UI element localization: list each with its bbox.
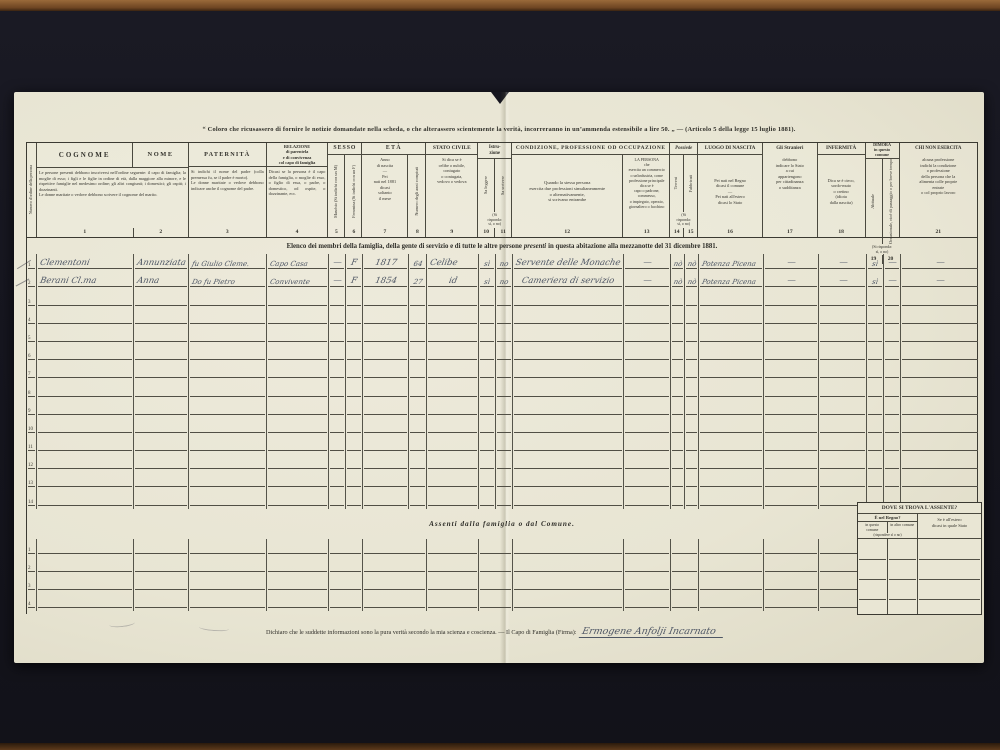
dimora-abituale-entry: sì [871, 260, 879, 268]
col-17-number: 17 [763, 228, 817, 237]
istruzione-note: (Si risponda: sì, o no) [478, 212, 511, 228]
col-stato-title: STATO CIVILE [426, 143, 477, 155]
names-description: Le persone presenti debbono inscriversi … [37, 168, 188, 228]
col-sesso-title: SESSO [328, 143, 361, 155]
sesso-m-entry: — [332, 276, 342, 286]
cognome-entry: Berani Cl.ma [39, 276, 97, 286]
photo-of-census-sheet: “ Coloro che ricusassero di fornire le n… [0, 0, 1000, 750]
anno-nascita-entry: 1817 [374, 258, 398, 268]
assenti-table-row: 1 [27, 539, 867, 557]
table-row: 3 [27, 290, 977, 308]
assenti-table-row: 4 [27, 593, 867, 611]
col-7-number: 7 [362, 228, 407, 237]
col-6-number: 6 [345, 228, 362, 237]
anno-nascita-entry: 1854 [374, 276, 398, 286]
elenco-title-presenti: presenti [524, 243, 546, 250]
stato-civile-entry: id [447, 276, 457, 286]
paternita-entry: fu Giulio Cleme. [191, 260, 250, 268]
chi-description: alcuna professione indichi la condizione… [900, 155, 977, 228]
col-istruzione-title: Istru- zione [478, 143, 511, 159]
pencil-scribble [199, 624, 229, 632]
col-infermita-title: INFERMITÀ [818, 143, 865, 155]
col-group-eta: ETÀ Anno di nascita — Pei nati nel 1881 … [362, 143, 426, 237]
eta-anni-label: Numero degli anni compiuti [415, 167, 420, 216]
col-stranieri: Gli Stranieri debbono indicare lo Stato … [763, 143, 818, 237]
stranieri-description: debbono indicare lo Stato a cui apparten… [763, 155, 817, 228]
possiede-note: (Si risponda: sì, o no) [670, 212, 697, 228]
dove-si-trova-box: DOVE SI TROVA L'ASSENTE? È nel Regno? in… [857, 502, 982, 615]
table-row-2: 2 Berani Cl.ma Anna Do fu Pietro Convive… [27, 272, 977, 290]
col-dimora-title: DIMORA in questo comune [866, 143, 899, 159]
luogo-entry: Potenza Picena [701, 278, 757, 286]
sesso-maschio-label: Maschio (Si indichi con un M) [334, 165, 339, 218]
nel-regno-label: È nel Regno? [858, 514, 917, 522]
condizione-12-description: Quando la stessa persona esercita due pr… [512, 155, 622, 228]
col-15-number: 15 [684, 228, 697, 237]
dimora-abituale-label: Abituale [871, 194, 876, 209]
col-3-number: 3 [189, 228, 266, 237]
col-group-dimora: DIMORA in questo comune Abituale Occasio… [866, 143, 900, 237]
sa-scrivere-label: Sa scrivere [501, 176, 506, 195]
col-9-number: 9 [426, 228, 477, 237]
dimora-occasionale-label: Occasionale, cioè di passaggio o per bre… [889, 159, 894, 244]
col-14-number: 14 [670, 228, 684, 237]
wooden-table-edge-bottom [0, 743, 1000, 750]
cognome-entry: Clementoni [39, 258, 91, 268]
col-index: Numero d'ordine della persona [27, 143, 37, 237]
wooden-table-edge-top [0, 0, 1000, 11]
col-group-names: COGNOME NOME Le persone presenti debbono… [37, 143, 189, 237]
col-infermita: INFERMITÀ Dica se è cieco, sordo-muto o … [818, 143, 866, 237]
in-altro-comune-label: in altro comune [888, 522, 918, 533]
sesso-f-entry: F [350, 276, 358, 286]
col-paternita-title: PATERNITÀ [189, 143, 266, 167]
col-luogo-nascita: LUOGO DI NASCITA Pei nati nel Regno dica… [698, 143, 763, 237]
col-luogo-title: LUOGO DI NASCITA [698, 143, 762, 155]
dove-box-title: DOVE SI TROVA L'ASSENTE? [858, 503, 981, 514]
fabbricati-entry: nò [686, 260, 696, 268]
col-chi-title: CHI NON ESERCITA [900, 143, 977, 155]
terreni-entry: nò [672, 278, 682, 286]
nel-regno-group: È nel Regno? in questo comune in altro c… [858, 514, 918, 538]
assenti-table-body: 1 2 3 [27, 539, 977, 611]
col-1-number: 1 [37, 228, 134, 237]
nome-entry: Anna [136, 276, 160, 286]
table-header: Numero d'ordine della persona COGNOME NO… [27, 142, 977, 238]
persona-entry: — [642, 258, 652, 268]
elenco-title-post: in questa abitazione alla mezzanotte del… [548, 243, 717, 250]
sa-scrivere-entry: no [499, 260, 509, 268]
sa-leggere-entry: sì [483, 278, 491, 286]
fabbricati-entry: nò [686, 278, 696, 286]
col-8-number: 8 [408, 228, 426, 237]
table-row: 5 [27, 327, 977, 345]
rispondere-note: (rispondere sì o no) [858, 533, 917, 538]
col-13-number: 13 [623, 228, 670, 237]
eta-anno-label: Anno di nascita — Pei nati nel 1881 dica… [362, 155, 407, 228]
col-chi-non-esercita: CHI NON ESERCITA alcuna professione indi… [900, 143, 977, 237]
sesso-m-entry: — [332, 258, 342, 268]
elenco-title-pre: Elenco dei membri della famiglia, della … [287, 243, 522, 250]
stato-description: Si dica se è celibe o nubile, coniugato … [426, 155, 477, 228]
col-4-number: 4 [267, 228, 328, 237]
dove-box-entry-area [858, 539, 981, 614]
col-18-number: 18 [818, 228, 865, 237]
dimora-occasionale-entry: — [887, 276, 897, 286]
col-group-sesso: SESSO Maschio (Si indichi con un M) 5 Fe… [328, 143, 362, 237]
table-row: 9 [27, 400, 977, 418]
col-5-number: 5 [328, 228, 344, 237]
declaration-text: Dichiaro che le suddette informazioni so… [266, 629, 576, 636]
col-condizione-title: CONDIZIONE, PROFESSIONE OD OCCUPAZIONE [512, 143, 669, 155]
luogo-description: Pei nati nel Regno dicasi il comune — Pe… [698, 155, 762, 228]
estero-label: Se è all'estero dicasi in quale Stato [918, 514, 981, 538]
anni-entry: 27 [412, 278, 423, 286]
relazione-description: Dicasi se la persona è il capo della fam… [267, 167, 328, 228]
sa-scrivere-entry: no [499, 278, 509, 286]
infermita-description: Dica se è cieco, sordo-muto o cretino (i… [818, 155, 865, 228]
table-row: 12 [27, 454, 977, 472]
persona-entry: — [642, 276, 652, 286]
col-relazione-title: RELAZIONE di parentela e di convivenza c… [267, 143, 328, 167]
luogo-entry: Potenza Picena [701, 260, 757, 268]
index-label: Numero d'ordine della persona [29, 165, 33, 214]
infermita-entry: — [838, 276, 848, 286]
col-relazione: RELAZIONE di parentela e di convivenza c… [267, 143, 329, 237]
table-row: 4 [27, 309, 977, 327]
fabbricati-label: Fabbricati [689, 175, 694, 192]
table-row: 10 [27, 418, 977, 436]
table-row: 11 [27, 436, 977, 454]
professione-entry: Servente delle Monache [515, 258, 622, 268]
professione-entry: Cameriera di servizio [521, 276, 616, 286]
chi-entry: — [935, 276, 945, 286]
table-row: 14 [27, 490, 977, 508]
anni-entry: 64 [412, 260, 423, 268]
paternita-entry: Do fu Pietro [191, 278, 236, 286]
legal-warning-line: “ Coloro che ricusassero di fornire le n… [14, 126, 984, 133]
terreni-label: Terreni [674, 177, 679, 189]
col-stranieri-title: Gli Stranieri [763, 143, 817, 155]
pencil-scribble [109, 619, 136, 629]
assenti-table-row: 2 [27, 557, 867, 575]
sesso-femmina-label: Femmina (Si indichi con un F) [352, 165, 357, 218]
stranieri-entry: — [786, 276, 796, 286]
elenco-title: Elenco dei membri della famiglia, della … [27, 238, 977, 254]
assenti-table-row: 3 [27, 575, 867, 593]
col-11-number: 11 [495, 228, 511, 237]
nome-entry: Annunziata [136, 258, 187, 268]
census-table: Numero d'ordine della persona COGNOME NO… [26, 142, 978, 614]
col-nome-title: NOME [133, 143, 188, 167]
col-cognome-title: COGNOME [37, 143, 133, 167]
col-possiede-title: Possiede [670, 143, 697, 155]
table-row: 6 [27, 345, 977, 363]
col-12-number: 12 [512, 228, 622, 237]
col-21-number: 21 [900, 228, 977, 237]
stranieri-entry: — [786, 258, 796, 268]
table-body: 1 Clementoni Annunziata fu Giulio Cleme.… [27, 254, 977, 509]
sa-leggere-label: Sa leggere [484, 176, 489, 194]
dimora-abituale-entry: sì [871, 278, 879, 286]
col-2-number: 2 [134, 228, 188, 237]
terreni-entry: nò [672, 260, 682, 268]
col-group-possiede: Possiede Terreni Fabbricati (Si risponda… [670, 143, 698, 237]
in-questo-comune-label: in questo comune [858, 522, 888, 533]
col-group-condizione: CONDIZIONE, PROFESSIONE OD OCCUPAZIONE Q… [512, 143, 670, 237]
table-row: 8 [27, 381, 977, 399]
condizione-13-description: LA PERSONA che esercita un commercio o u… [623, 155, 670, 228]
infermita-entry: — [838, 258, 848, 268]
relazione-entry: Capo Casa [269, 260, 308, 268]
paternita-description: Si indichi il nome del padre (colla prem… [189, 167, 266, 228]
dimora-occasionale-entry: — [887, 258, 897, 268]
col-16-number: 16 [698, 228, 762, 237]
sesso-f-entry: F [350, 258, 358, 268]
head-of-family-signature: Ermogene Anfolji Incarnato [579, 626, 725, 638]
declaration-line: Dichiaro che le suddette informazioni so… [266, 626, 724, 638]
col-stato-civile: STATO CIVILE Si dica se è celibe o nubil… [426, 143, 478, 237]
col-eta-title: ETÀ [362, 143, 425, 155]
chi-entry: — [935, 258, 945, 268]
relazione-entry: Convivente [269, 278, 311, 286]
table-row: 7 [27, 363, 977, 381]
sa-leggere-entry: sì [483, 260, 491, 268]
table-row-1: 1 Clementoni Annunziata fu Giulio Cleme.… [27, 254, 977, 272]
col-group-istruzione: Istru- zione Sa leggere Sa scrivere (Si … [478, 143, 512, 237]
col-paternita: PATERNITÀ Si indichi il nome del padre (… [189, 143, 267, 237]
census-form-sheet: “ Coloro che ricusassero di fornire le n… [14, 92, 984, 663]
assenti-section-title: Assenti dalla famiglia o dal Comune. [27, 509, 977, 539]
table-row: 13 [27, 472, 977, 490]
col-10-number: 10 [478, 228, 495, 237]
stato-civile-entry: Celibe [429, 258, 459, 268]
